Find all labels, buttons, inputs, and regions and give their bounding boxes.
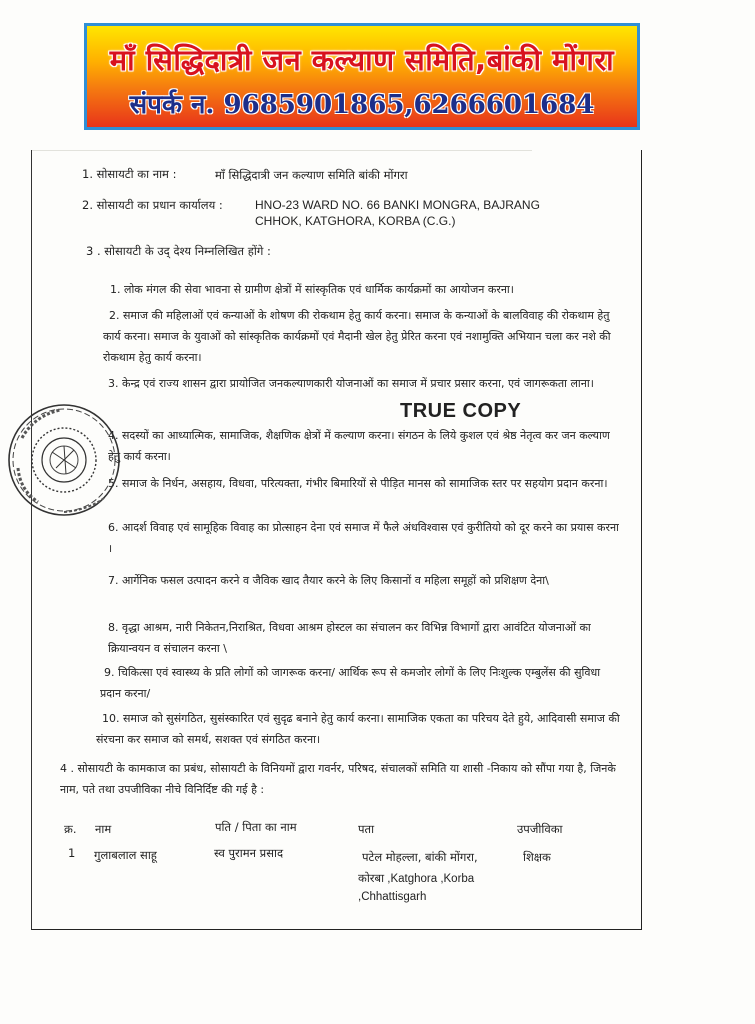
society-name-value: माँ सिद्धिदात्री जन कल्याण समिति बांकी म… xyxy=(215,168,408,182)
row-occupation: शिक्षक xyxy=(523,850,551,864)
header-father-name: पति / पिता का नाम xyxy=(215,820,297,834)
objective-4: 4. सदस्यों का आध्यात्मिक, सामाजिक, शैक्ष… xyxy=(108,425,623,467)
header-occupation: उपजीविका xyxy=(517,822,563,836)
objective-6: 6. आदर्श विवाह एवं सामूहिक विवाह का प्रो… xyxy=(108,517,623,559)
top-divider xyxy=(32,150,532,151)
true-copy-stamp: TRUE COPY xyxy=(400,400,521,423)
office-address-line1: HNO-23 WARD NO. 66 BANKI MONGRA, BAJRANG xyxy=(255,198,540,212)
header-sno: क्र. xyxy=(64,822,77,836)
row-address-line1: पटेल मोहल्ला, बांकी मोंगरा, xyxy=(362,850,478,864)
organization-title: माँ सिद्धिदात्री जन कल्याण समिति,बांकी म… xyxy=(87,40,637,79)
row-address-line3: ,Chhattisgarh xyxy=(358,890,426,904)
contact-numbers: संपर्क न. 9685901865,6266601684 xyxy=(87,85,637,121)
header-name: नाम xyxy=(95,822,111,836)
objective-10: 10. समाज को सुसंगठित, सुसंस्कारित एवं सु… xyxy=(96,708,624,750)
row-father-name: स्व पुरामन प्रसाद xyxy=(214,846,283,860)
objective-1: 1. लोक मंगल की सेवा भावना से ग्रामीण क्ष… xyxy=(110,279,620,300)
objective-9: 9. चिकित्सा एवं स्वास्थ्य के प्रति लोगों… xyxy=(100,662,622,704)
row-sno: 1 xyxy=(68,846,75,860)
objectives-heading: 3 . सोसायटी के उद् देश्य निम्नलिखित होंग… xyxy=(86,244,271,258)
header-banner: माँ सिद्धिदात्री जन कल्याण समिति,बांकी म… xyxy=(84,23,640,130)
office-address-line2: CHHOK, KATGHORA, KORBA (C.G.) xyxy=(255,214,455,228)
header-address: पता xyxy=(358,822,374,836)
objective-8: 8. वृद्धा आश्रम, नारी निकेतन,निराश्रित, … xyxy=(108,617,623,659)
society-name-label: 1. सोसायटी का नाम : xyxy=(82,167,176,181)
row-address-line2: कोरबा ,Katghora ,Korba xyxy=(358,872,474,886)
objective-3: 3. केन्द्र एवं राज्य शासन द्वारा प्रायोज… xyxy=(108,373,623,394)
office-label: 2. सोसायटी का प्रधान कार्यालय : xyxy=(82,198,223,212)
objective-7: 7. आर्गेनिक फसल उत्पादन करने व जैविक खाद… xyxy=(108,570,623,591)
objective-2: 2. समाज की महिलाओं एवं कन्याओं के शोषण क… xyxy=(103,305,623,368)
management-clause: 4 . सोसायटी के कामकाज का प्रबंध, सोसायटी… xyxy=(60,758,625,800)
society-seal-icon xyxy=(4,398,130,520)
row-name: गुलाबलाल साहू xyxy=(94,848,157,862)
objective-5: 5. समाज के निर्धन, असहाय, विधवा, परित्यक… xyxy=(108,473,623,494)
